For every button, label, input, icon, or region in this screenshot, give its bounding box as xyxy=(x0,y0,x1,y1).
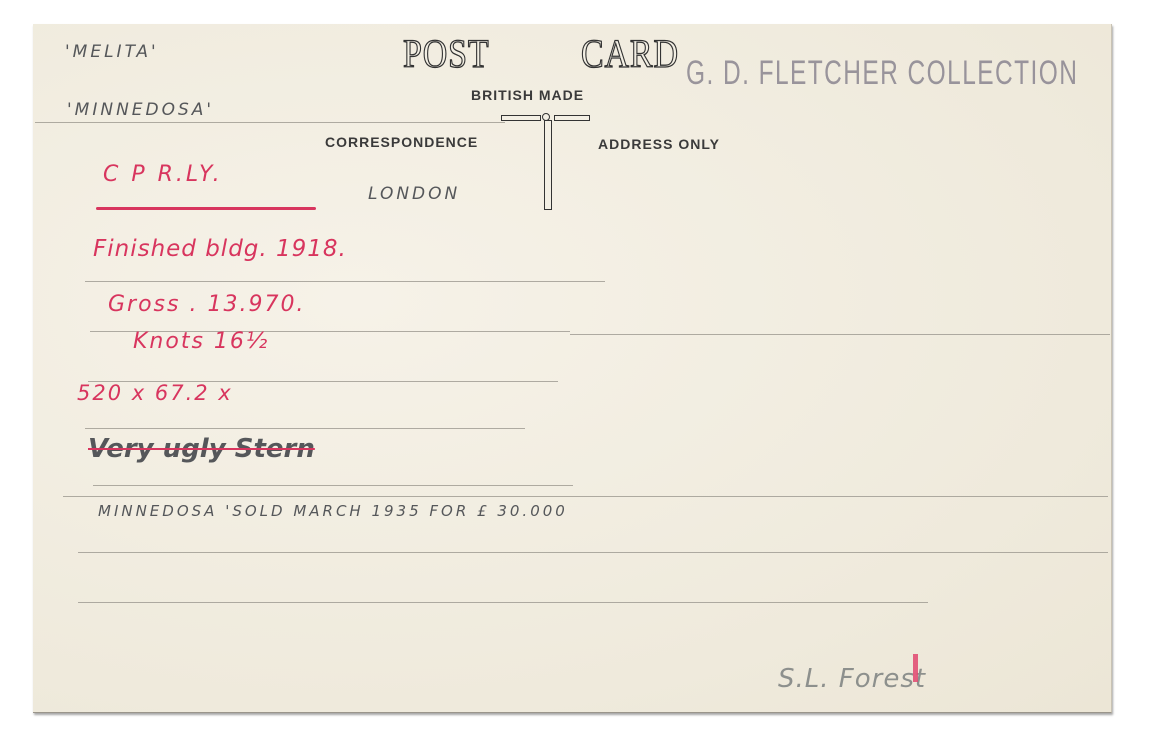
rule-line xyxy=(35,122,505,123)
note-owner-city: LONDON xyxy=(368,184,460,204)
rule-line xyxy=(85,281,605,282)
note-ship-melita: 'MELITA' xyxy=(65,42,159,62)
note-owner: C P R.LY. xyxy=(103,162,223,187)
red-mark xyxy=(913,654,918,682)
divider-right-bar xyxy=(554,115,590,121)
divider-vertical xyxy=(544,120,552,210)
signature: S.L. Forest xyxy=(778,664,926,694)
note-dimensions: 520 x 67.2 x xyxy=(77,381,233,405)
rule-line xyxy=(85,428,525,429)
rule-line xyxy=(93,485,573,486)
rule-line xyxy=(78,602,928,603)
note-remark: Very ugly Stern xyxy=(88,434,315,464)
note-finished: Finished bldg. 1918. xyxy=(93,236,347,262)
title-post: POST xyxy=(403,30,490,77)
divider-left-bar xyxy=(501,115,541,121)
postcard-back: POST CARD G. D. FLETCHER COLLECTION BRIT… xyxy=(33,24,1112,713)
title-card: CARD xyxy=(581,30,679,77)
owner-underline xyxy=(96,207,316,210)
rule-line xyxy=(78,552,1108,553)
note-ship-minnedosa: 'MINNEDOSA' xyxy=(67,100,214,120)
collection-stamp: G. D. FLETCHER COLLECTION xyxy=(686,54,1078,93)
maker-label: BRITISH MADE xyxy=(471,87,584,103)
rule-line xyxy=(570,334,1110,335)
address-label: ADDRESS ONLY xyxy=(598,136,720,152)
note-knots: Knots 16½ xyxy=(133,329,269,354)
note-sold: MINNEDOSA 'SOLD MARCH 1935 FOR £ 30.000 xyxy=(98,502,568,520)
note-gross: Gross . 13.970. xyxy=(108,292,305,317)
rule-line xyxy=(63,496,1108,497)
correspondence-label: CORRESPONDENCE xyxy=(325,134,478,150)
